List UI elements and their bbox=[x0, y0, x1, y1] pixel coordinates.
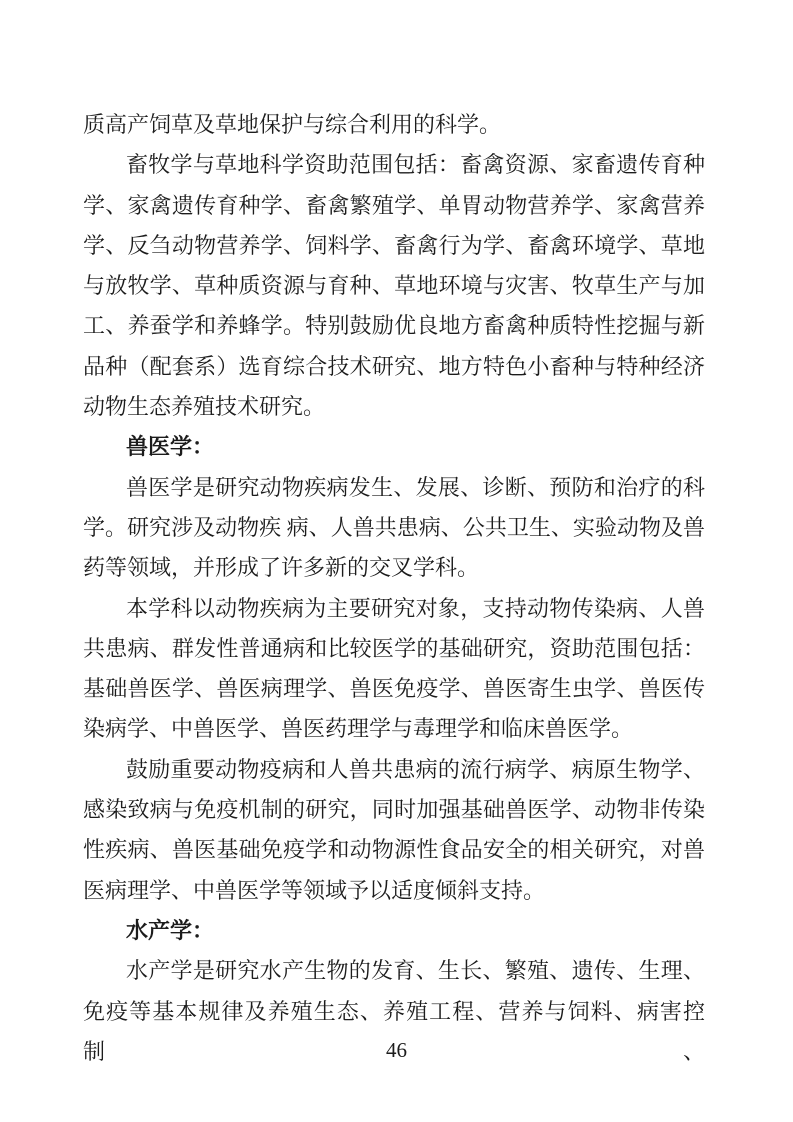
text-line: 品种（配套系）选育综合技术研究、地方特色小畜种与特种经济 bbox=[83, 347, 705, 387]
heading-aquaculture: 水产学： bbox=[83, 911, 705, 951]
text-line: 鼓励重要动物疫病和人兽共患病的流行病学、病原生物学、 bbox=[83, 750, 705, 790]
text-line: 基础兽医学、兽医病理学、兽医免疫学、兽医寄生虫学、兽医传 bbox=[83, 669, 705, 709]
text-line: 与放牧学、草种质资源与育种、草地环境与灾害、牧草生产与加 bbox=[83, 266, 705, 306]
document-page: 质高产饲草及草地保护与综合利用的科学。 畜牧学与草地科学资助范围包括：畜禽资源、… bbox=[0, 0, 793, 1122]
text-line: 性疾病、兽医基础免疫学和动物源性食品安全的相关研究，对兽 bbox=[83, 830, 705, 870]
page-text-block: 质高产饲草及草地保护与综合利用的科学。 畜牧学与草地科学资助范围包括：畜禽资源、… bbox=[83, 105, 705, 1072]
text-line: 医病理学、中兽医学等领域予以适度倾斜支持。 bbox=[83, 871, 705, 911]
text-line: 动物生态养殖技术研究。 bbox=[83, 387, 705, 427]
text-line: 染病学、中兽医学、兽医药理学与毒理学和临床兽医学。 bbox=[83, 709, 705, 749]
text-line: 水产学是研究水产生物的发育、生长、繁殖、遗传、生理、 bbox=[83, 951, 705, 991]
text-line: 工、养蚕学和养蜂学。特别鼓励优良地方畜禽种质特性挖掘与新 bbox=[83, 306, 705, 346]
text-line: 兽医学是研究动物疾病发生、发展、诊断、预防和治疗的科 bbox=[83, 468, 705, 508]
text-line: 本学科以动物疾病为主要研究对象，支持动物传染病、人兽 bbox=[83, 589, 705, 629]
heading-veterinary-medicine: 兽医学： bbox=[83, 427, 705, 467]
text-line: 共患病、群发性普通病和比较医学的基础研究，资助范围包括： bbox=[83, 629, 705, 669]
text-line: 质高产饲草及草地保护与综合利用的科学。 bbox=[83, 105, 705, 145]
text-line: 感染致病与免疫机制的研究，同时加强基础兽医学、动物非传染 bbox=[83, 790, 705, 830]
text-line: 药等领域，并形成了许多新的交叉学科。 bbox=[83, 548, 705, 588]
text-line: 学、反刍动物营养学、饲料学、畜禽行为学、畜禽环境学、草地 bbox=[83, 226, 705, 266]
text-line: 学、家禽遗传育种学、畜禽繁殖学、单胃动物营养学、家禽营养 bbox=[83, 186, 705, 226]
text-line: 畜牧学与草地科学资助范围包括：畜禽资源、家畜遗传育种 bbox=[83, 145, 705, 185]
page-number: 46 bbox=[0, 1038, 793, 1063]
text-line: 学。研究涉及动物疾 病、人兽共患病、公共卫生、实验动物及兽 bbox=[83, 508, 705, 548]
